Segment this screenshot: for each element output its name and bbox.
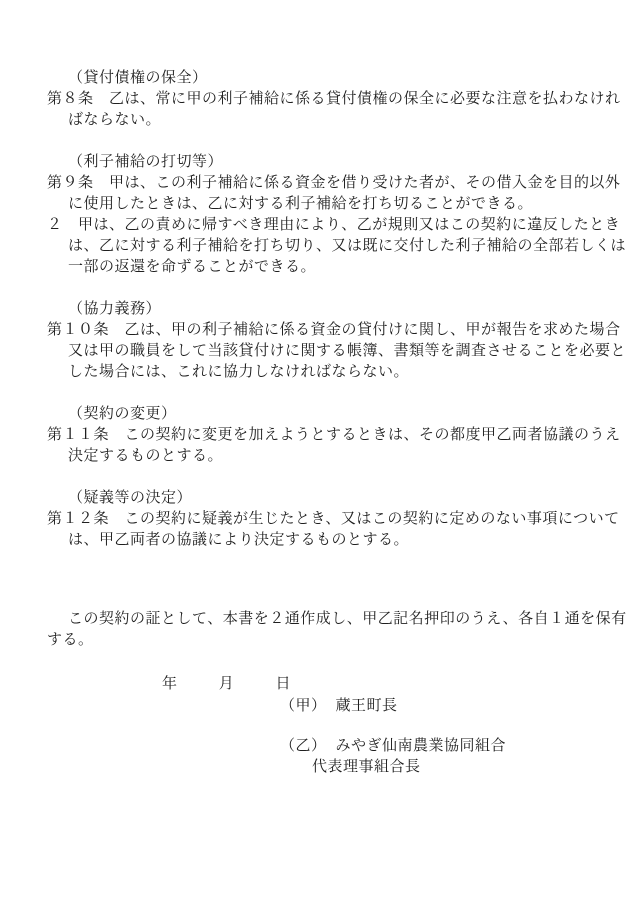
article-line: 第８条 乙は、常に甲の利子補給に係る貸付債権の保全に必要な注意を払わなけれ [47, 89, 626, 110]
document-page: （貸付債権の保全）第８条 乙は、常に甲の利子補給に係る貸付債権の保全に必要な注意… [0, 0, 630, 903]
article-block: 第１０条 乙は、甲の利子補給に係る資金の貸付けに関し、甲が報告を求めた場合又は甲… [47, 320, 626, 383]
closing-paragraph: この契約の証として、本書を２通作成し、甲乙記名押印のうえ、各自１通を保有する。 [47, 609, 626, 651]
article-block: ２ 甲は、乙の責めに帰すべき理由により、乙が規則又はこの契約に違反したときは、乙… [47, 215, 626, 278]
article-line: 第１１条 この契約に変更を加えようとするときは、その都度甲乙両者協議のうえ [47, 425, 626, 446]
year-label: 年 [162, 674, 178, 695]
section-heading: （疑義等の決定） [68, 488, 626, 509]
section-heading: （貸付債権の保全） [68, 68, 626, 89]
party-title: 代表理事組合長 [280, 757, 626, 778]
signature-area: （甲）蔵王町長（乙）みやぎ仙南農業協同組合代表理事組合長 [47, 696, 626, 778]
article-line: 決定するものとする。 [47, 446, 626, 467]
article-block: 第８条 乙は、常に甲の利子補給に係る貸付債権の保全に必要な注意を払わなければなら… [47, 89, 626, 131]
contract-section: （協力義務）第１０条 乙は、甲の利子補給に係る資金の貸付けに関し、甲が報告を求め… [47, 299, 626, 383]
article-block: 第１１条 この契約に変更を加えようとするときは、その都度甲乙両者協議のうえ決定す… [47, 425, 626, 467]
article-line: は、甲乙両者の協議により決定するものとする。 [47, 530, 626, 551]
contract-section: （貸付債権の保全）第８条 乙は、常に甲の利子補給に係る貸付債権の保全に必要な注意… [47, 68, 626, 131]
contract-sections: （貸付債権の保全）第８条 乙は、常に甲の利子補給に係る貸付債権の保全に必要な注意… [47, 68, 626, 551]
section-heading: （契約の変更） [68, 404, 626, 425]
article-line: 第９条 甲は、この利子補給に係る資金を借り受けた者が、その借入金を目的以外 [47, 173, 626, 194]
article-line: 一部の返還を命ずることができる。 [47, 257, 626, 278]
article-line: 第１０条 乙は、甲の利子補給に係る資金の貸付けに関し、甲が報告を求めた場合 [47, 320, 626, 341]
month-label: 月 [219, 674, 235, 695]
article-line: 第１２条 この契約に疑義が生じたとき、又はこの契約に定めのない事項について [47, 509, 626, 530]
party-label: （乙） [280, 738, 327, 754]
signature-kou: （甲）蔵王町長 [280, 696, 626, 717]
article-line: は、乙に対する利子補給を打ち切り、又は既に交付した利子補給の全部若しくは [47, 236, 626, 257]
party-label: （甲） [280, 698, 327, 714]
signature-otsu: （乙）みやぎ仙南農業協同組合代表理事組合長 [280, 736, 626, 778]
contract-section: （利子補給の打切等）第９条 甲は、この利子補給に係る資金を借り受けた者が、その借… [47, 152, 626, 278]
party-name: みやぎ仙南農業協同組合 [336, 738, 507, 754]
section-heading: （利子補給の打切等） [68, 152, 626, 173]
article-block: 第１２条 この契約に疑義が生じたとき、又はこの契約に定めのない事項については、甲… [47, 509, 626, 551]
signature-line: （乙）みやぎ仙南農業協同組合 [280, 736, 626, 757]
article-line: 又は甲の職員をして当該貸付けに関する帳簿、書類等を調査させることを必要と [47, 341, 626, 362]
article-line: ばならない。 [47, 110, 626, 131]
day-label: 日 [276, 674, 292, 695]
signature-line: （甲）蔵王町長 [280, 696, 626, 717]
contract-section: （契約の変更）第１１条 この契約に変更を加えようとするときは、その都度甲乙両者協… [47, 404, 626, 467]
page-content: （貸付債権の保全）第８条 乙は、常に甲の利子補給に係る貸付債権の保全に必要な注意… [0, 0, 630, 778]
article-line: した場合には、これに協力しなければならない。 [47, 362, 626, 383]
section-heading: （協力義務） [68, 299, 626, 320]
article-line: に使用したときは、乙に対する利子補給を打ち切ることができる。 [47, 194, 626, 215]
party-name: 蔵王町長 [336, 698, 398, 714]
article-block: 第９条 甲は、この利子補給に係る資金を借り受けた者が、その借入金を目的以外に使用… [47, 173, 626, 215]
closing-line: する。 [47, 630, 626, 651]
contract-section: （疑義等の決定）第１２条 この契約に疑義が生じたとき、又はこの契約に定めのない事… [47, 488, 626, 551]
closing-line: この契約の証として、本書を２通作成し、甲乙記名押印のうえ、各自１通を保有 [47, 609, 626, 630]
date-line: 年 月 日 [47, 674, 626, 695]
article-line: ２ 甲は、乙の責めに帰すべき理由により、乙が規則又はこの契約に違反したとき [47, 215, 626, 236]
